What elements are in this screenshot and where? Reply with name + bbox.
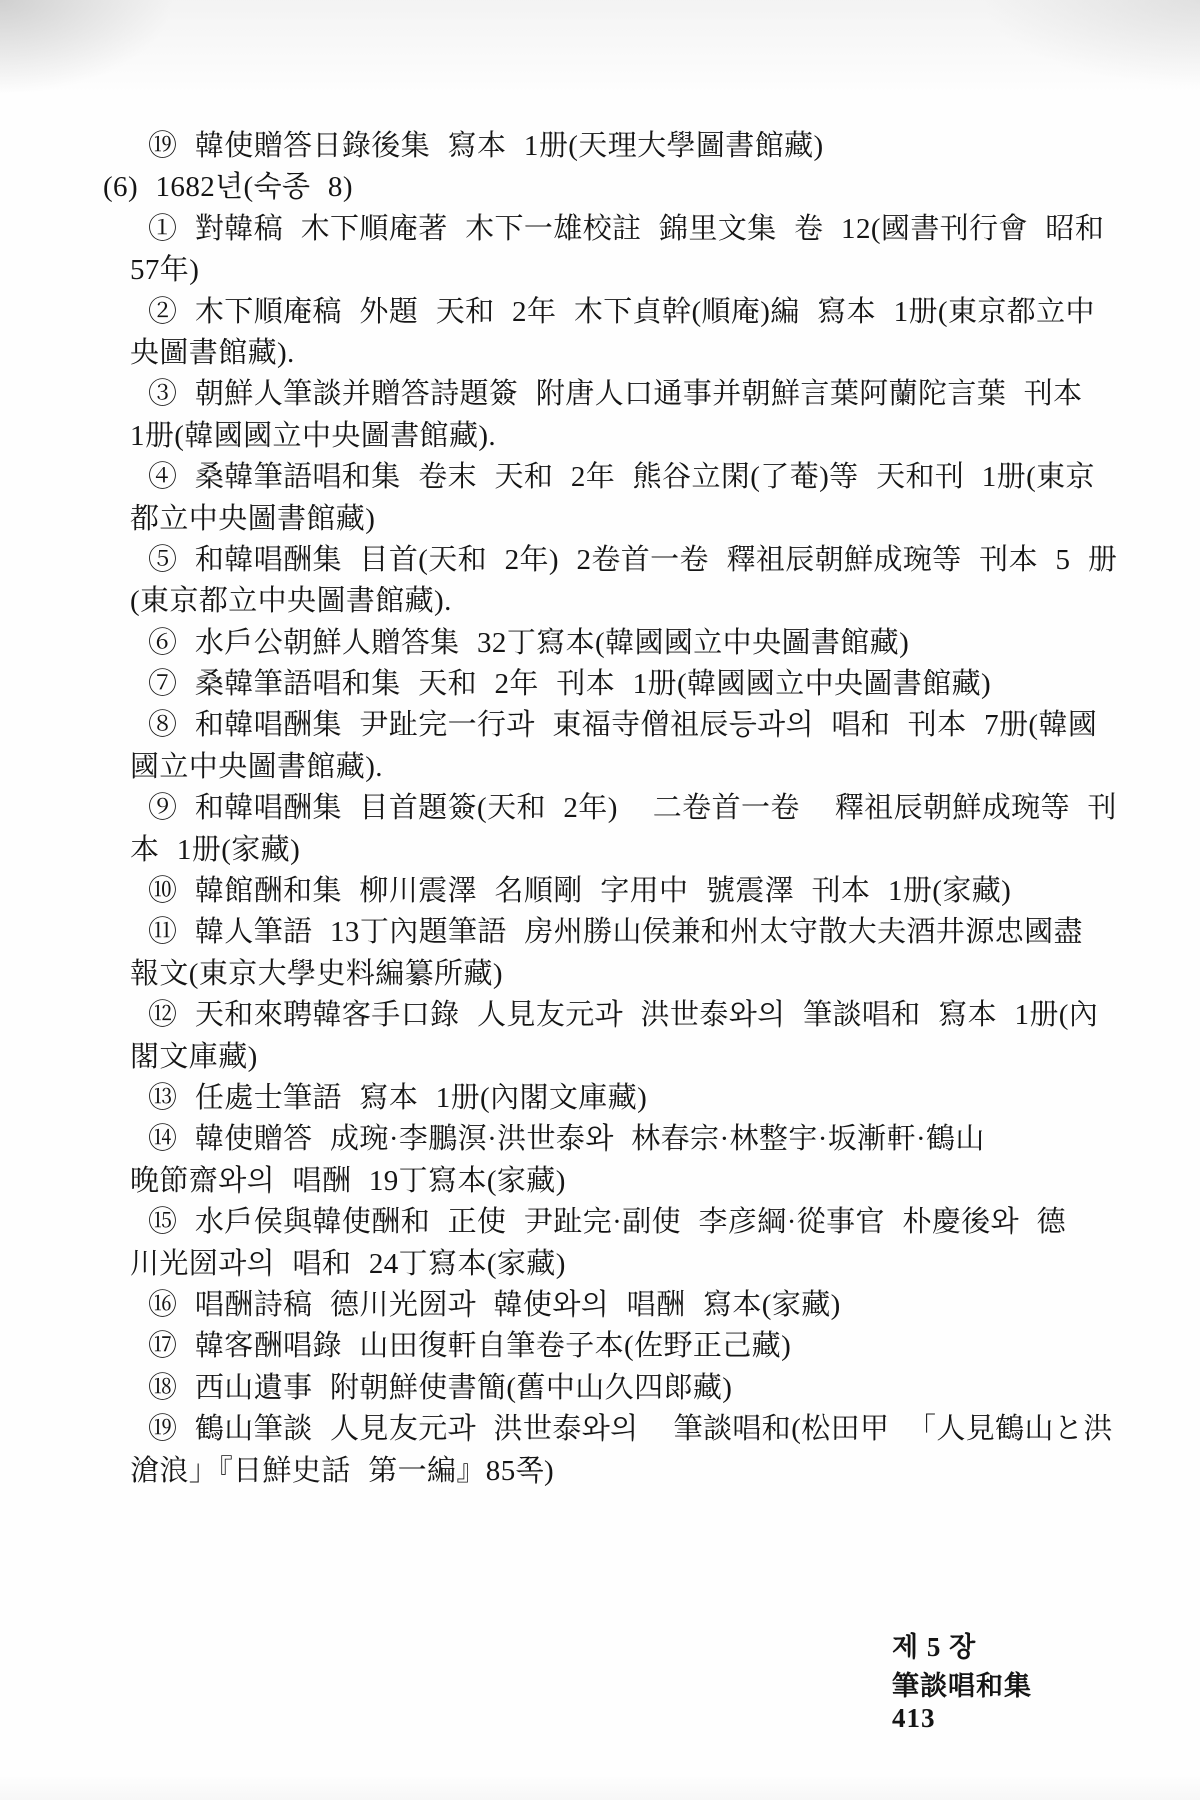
- continuation-line: 晚節齋와의 唱酬 19丁寫本(家藏): [0, 1161, 1200, 1202]
- list-item-line: ⑭ 韓使贈答 成琬·李鵬溟·洪世泰와 林春宗·林整宇·坂漸軒·鶴山: [0, 1119, 1200, 1160]
- list-item-line: ⑫ 天和來聘韓客手口錄 人見友元과 洪世泰와의 筆談唱和 寫本 1册(內: [0, 995, 1200, 1036]
- list-item-line: ④ 桑韓筆語唱和集 卷末 天和 2年 熊谷立閑(了菴)等 天和刊 1册(東京: [0, 457, 1200, 498]
- continuation-line: 滄浪」『日鮮史話 第一編』85쪽): [0, 1451, 1200, 1492]
- list-item-line: ⑤ 和韓唱酬集 目首(天和 2年) 2卷首一卷 釋祖辰朝鮮成琬等 刊本 5 册: [0, 540, 1200, 581]
- list-item-line: ① 對韓稿 木下順庵著 木下一雄校註 錦里文集 卷 12(國書刊行會 昭和: [0, 209, 1200, 250]
- list-item-line: ② 木下順庵稿 外題 天和 2年 木下貞幹(順庵)編 寫本 1册(東京都立中: [0, 292, 1200, 333]
- continuation-line: 57年): [0, 250, 1200, 291]
- continuation-line: 都立中央圖書館藏): [0, 499, 1200, 540]
- scanned-book-page: ⑲ 韓使贈答日錄後集 寫本 1册(天理大學圖書館藏)(6) 1682년(숙종 8…: [0, 0, 1200, 1800]
- section-heading: (6) 1682년(숙종 8): [0, 167, 1200, 208]
- list-item-line: ⑪ 韓人筆語 13丁內題筆語 房州勝山侯兼和州太守散大夫酒井源忠國盡: [0, 912, 1200, 953]
- list-item-line: ⑩ 韓館酬和集 柳川震澤 名順剛 字用中 號震澤 刊本 1册(家藏): [0, 871, 1200, 912]
- footer-section-title: 筆談唱和集: [892, 1671, 1032, 1701]
- list-item-line: ⑲ 鶴山筆談 人見友元과 洪世泰와의 筆談唱和(松田甲 「人見鶴山と洪: [0, 1409, 1200, 1450]
- footer-page-number: 413: [892, 1703, 936, 1733]
- list-item-line: ⑦ 桑韓筆語唱和集 天和 2年 刊本 1册(韓國國立中央圖書館藏): [0, 664, 1200, 705]
- list-item-line: ⑯ 唱酬詩稿 德川光圀과 韓使와의 唱酬 寫本(家藏): [0, 1285, 1200, 1326]
- list-item-line: ⑨ 和韓唱酬集 目首題簽(天和 2年) 二卷首一卷 釋祖辰朝鮮成琬等 刊: [0, 788, 1200, 829]
- footer-chapter: 제 5 장: [892, 1632, 976, 1662]
- list-item-line: ⑮ 水戶侯與韓使酬和 正使 尹趾完·副使 李彦綱·從事官 朴慶後와 德: [0, 1202, 1200, 1243]
- continuation-line: 國立中央圖書館藏).: [0, 747, 1200, 788]
- continuation-line: 央圖書館藏).: [0, 333, 1200, 374]
- list-item-line: ⑥ 水戶公朝鮮人贈答集 32丁寫本(韓國國立中央圖書館藏): [0, 623, 1200, 664]
- document-body: ⑲ 韓使贈答日錄後集 寫本 1册(天理大學圖書館藏)(6) 1682년(숙종 8…: [0, 126, 1200, 1492]
- continuation-line: 報文(東京大學史料編纂所藏): [0, 954, 1200, 995]
- page-footer: 제 5 장 筆談唱和集 413: [861, 1594, 1062, 1765]
- list-item-line: ⑰ 韓客酬唱錄 山田復軒自筆卷子本(佐野正己藏): [0, 1326, 1200, 1367]
- list-item-line: ⑲ 韓使贈答日錄後集 寫本 1册(天理大學圖書館藏): [0, 126, 1200, 167]
- continuation-line: 川光圀과의 唱和 24丁寫本(家藏): [0, 1244, 1200, 1285]
- list-item-line: ⑱ 西山遺事 附朝鮮使書簡(舊中山久四郞藏): [0, 1368, 1200, 1409]
- list-item-line: ③ 朝鮮人筆談并贈答詩題簽 附唐人口通事并朝鮮言葉阿蘭陀言葉 刊本: [0, 374, 1200, 415]
- list-item-line: ⑬ 任處士筆語 寫本 1册(內閣文庫藏): [0, 1078, 1200, 1119]
- continuation-line: (東京都立中央圖書館藏).: [0, 581, 1200, 622]
- list-item-line: ⑧ 和韓唱酬集 尹趾完一行과 東福寺僧祖辰등과의 唱和 刊本 7册(韓國: [0, 705, 1200, 746]
- continuation-line: 1册(韓國國立中央圖書館藏).: [0, 416, 1200, 457]
- continuation-line: 本 1册(家藏): [0, 830, 1200, 871]
- continuation-line: 閣文庫藏): [0, 1037, 1200, 1078]
